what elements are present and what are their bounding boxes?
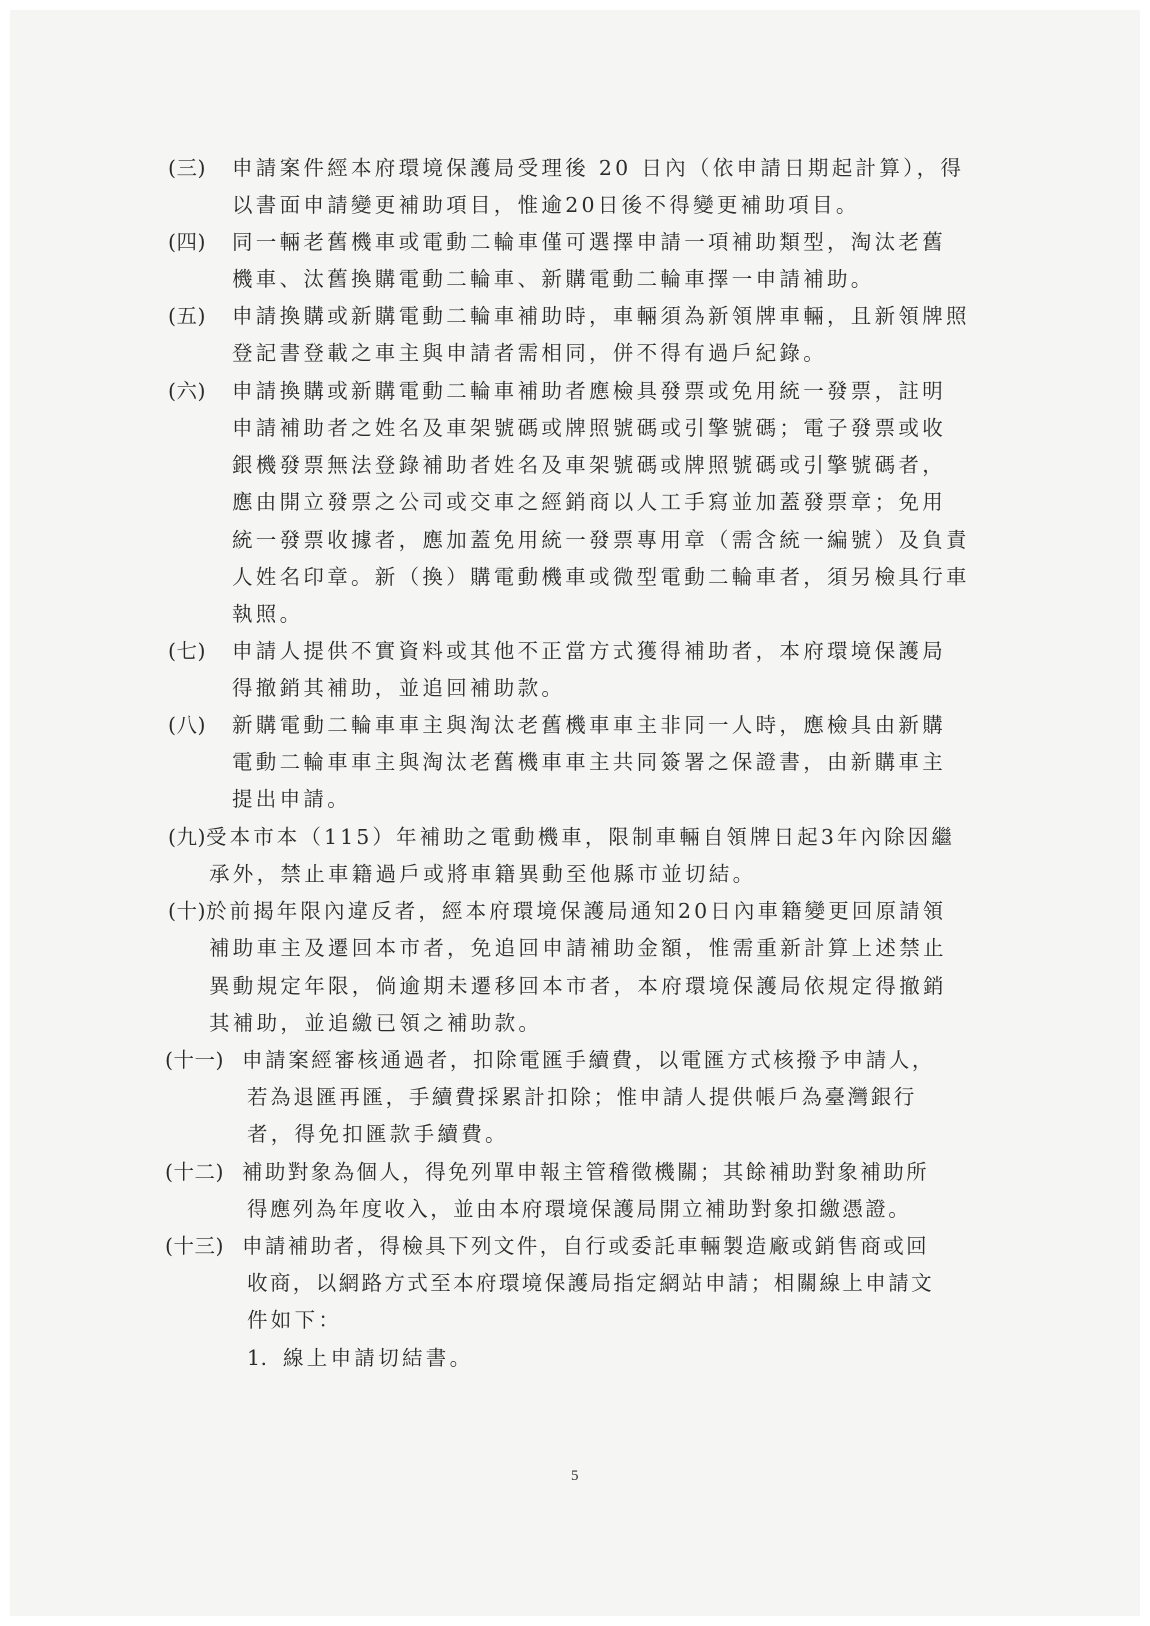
item-line: 收商，以網路方式至本府環境保護局指定網站申請；相關線上申請文 [247, 1273, 934, 1294]
item-line: 得應列為年度收入，並由本府環境保護局開立補助對象扣繳憑證。 [247, 1199, 911, 1220]
item-marker: (八) [168, 715, 206, 736]
item-marker: (十二) [165, 1162, 224, 1183]
item-line: 其補助，並追繳已領之補助款。 [209, 1013, 542, 1034]
item-line: 申請案件經本府環境保護局受理後 20 日內（依申請日期起計算），得 [232, 158, 964, 179]
item-marker: (十) [168, 901, 206, 922]
item-line: 銀機發票無法登錄補助者姓名及車架號碼或牌照號碼或引擎號碼者， [232, 455, 946, 476]
item-marker: (四) [168, 232, 206, 253]
page-number: 5 [571, 1468, 579, 1485]
document-page: (三) 申請案件經本府環境保護局受理後 20 日內（依申請日期起計算），得 以書… [10, 10, 1140, 1616]
sub-item-text: 線上申請切結書。 [283, 1348, 473, 1369]
item-marker: (十一) [165, 1050, 224, 1071]
item-line: 機車、汰舊換購電動二輪車、新購電動二輪車擇一申請補助。 [232, 269, 875, 290]
item-line: 申請換購或新購電動二輪車補助者應檢具發票或免用統一發票，註明 [232, 381, 946, 402]
item-line: 人姓名印章。新（換）購電動機車或微型電動二輪車者，須另檢具行車 [232, 567, 970, 588]
item-line: 登記書登載之車主與申請者需相同，併不得有過戶紀錄。 [232, 343, 827, 364]
item-marker: (六) [168, 381, 206, 402]
item-line: 申請補助者，得檢具下列文件，自行或委託車輛製造廠或銷售商或回 [242, 1236, 929, 1257]
item-line: 電動二輪車車主與淘汰老舊機車車主共同簽署之保證書，由新購車主 [232, 752, 946, 773]
item-line: 異動規定年限，倘逾期未遷移回本市者，本府環境保護局依規定得撤銷 [209, 976, 947, 997]
item-line: 統一發票收據者，應加蓋免用統一發票專用章（需含統一編號）及負責 [232, 530, 970, 551]
item-line: 者，得免扣匯款手續費。 [247, 1124, 509, 1145]
item-line: 補助車主及遷回本市者，免追回申請補助金額，惟需重新計算上述禁止 [209, 938, 947, 959]
item-line: 新購電動二輪車車主與淘汰老舊機車車主非同一人時，應檢具由新購 [232, 715, 946, 736]
item-line: 提出申請。 [232, 789, 351, 810]
item-line: 若為退匯再匯，手續費採累計扣除；惟申請人提供帳戶為臺灣銀行 [247, 1087, 917, 1108]
item-marker: (五) [168, 306, 206, 327]
item-line: 受本市本（115）年補助之電動機車，限制車輛自領牌日起3年內除因繼 [206, 827, 955, 848]
item-line: 承外，禁止車籍過戶或將車籍異動至他縣市並切結。 [209, 864, 756, 885]
item-line: 申請換購或新購電動二輪車補助時，車輛須為新領牌車輛，且新領牌照 [232, 306, 970, 327]
item-marker: (七) [168, 641, 206, 662]
sub-item-marker: 1. [247, 1348, 268, 1369]
item-line: 得撤銷其補助，並追回補助款。 [232, 678, 565, 699]
item-line: 申請人提供不實資料或其他不正當方式獲得補助者，本府環境保護局 [232, 641, 946, 662]
item-line: 申請補助者之姓名及車架號碼或牌照號碼或引擎號碼；電子發票或收 [232, 418, 946, 439]
item-line: 以書面申請變更補助項目，惟逾20日後不得變更補助項目。 [232, 195, 860, 216]
item-marker: (十三) [165, 1236, 224, 1257]
item-marker: (九) [168, 827, 206, 848]
item-line: 申請案經審核通過者，扣除電匯手續費，以電匯方式核撥予申請人， [242, 1050, 935, 1071]
item-marker: (三) [168, 158, 206, 179]
item-line: 執照。 [232, 604, 303, 625]
item-line: 件如下： [247, 1310, 342, 1331]
item-line: 於前揭年限內違反者，經本府環境保護局通知20日內車籍變更回原請領 [206, 901, 946, 922]
item-line: 同一輛老舊機車或電動二輪車僅可選擇申請一項補助類型，淘汰老舊 [232, 232, 946, 253]
item-line: 應由開立發票之公司或交車之經銷商以人工手寫並加蓋發票章；免用 [232, 492, 946, 513]
item-line: 補助對象為個人，得免列單申報主管稽徵機關；其餘補助對象補助所 [242, 1162, 929, 1183]
